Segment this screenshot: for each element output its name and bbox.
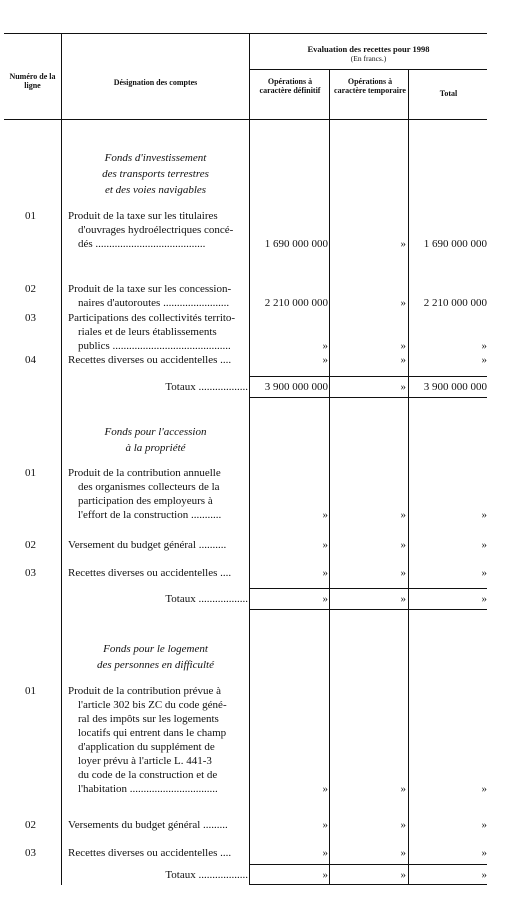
account-description: Produit de la taxe sur les concession-na… <box>68 282 248 310</box>
header-designation: Désignation des comptes <box>62 78 249 87</box>
value-total: » <box>482 846 488 860</box>
description-line: l'article 302 bis ZC du code géné- <box>68 698 248 712</box>
section-title: Fonds d'investissementdes transports ter… <box>62 150 249 198</box>
description-line: dés ....................................… <box>68 237 248 251</box>
totals-bottom-border <box>249 884 487 885</box>
totals-bottom-border <box>249 397 487 398</box>
description-line: du code de la construction et de <box>68 768 248 782</box>
header-evaluation-title: Evaluation des recettes pour 1998 <box>250 45 487 54</box>
description-line: ral des impôts sur les logements <box>68 712 248 726</box>
section-title-line: des personnes en difficulté <box>62 657 249 673</box>
description-line: Produit de la taxe sur les concession- <box>68 282 248 296</box>
account-description: Produit de la contribution prévue àl'art… <box>68 684 248 796</box>
value-total: » <box>482 566 488 580</box>
value-temporaire: » <box>401 846 407 860</box>
value-total: » <box>482 818 488 832</box>
description-line: Produit de la contribution annuelle <box>68 466 248 480</box>
description-line: d'application du supplément de <box>68 740 248 754</box>
totals-definitif: 3 900 000 000 <box>265 380 328 394</box>
description-line: loyer prévu à l'article L. 441-3 <box>68 754 248 768</box>
value-total: 1 690 000 000 <box>424 237 487 251</box>
header-col-definitif: Opérations à caractère définitif <box>252 77 328 95</box>
value-temporaire: » <box>401 508 407 522</box>
description-line: naires d'autoroutes ....................… <box>68 296 248 310</box>
account-description: Recettes diverses ou accidentelles .... <box>68 353 248 367</box>
account-description: Produit de la taxe sur les titulairesd'o… <box>68 209 248 251</box>
description-line: d'ouvrages hydroélectriques concé- <box>68 223 248 237</box>
account-description: Recettes diverses ou accidentelles .... <box>68 846 248 860</box>
col-divider-designation <box>249 33 250 885</box>
totals-temporaire: » <box>401 868 407 882</box>
header-split-border <box>249 69 487 70</box>
header-bottom-border <box>4 119 487 120</box>
header-evaluation-unit: (En francs.) <box>250 54 487 63</box>
description-line: participation des employeurs à <box>68 494 248 508</box>
col-divider-definitif <box>329 69 330 885</box>
description-line: locatifs qui entrent dans le champ <box>68 726 248 740</box>
section-title-line: et des voies navigables <box>62 182 249 198</box>
value-definitif: » <box>323 353 329 367</box>
value-temporaire: » <box>401 818 407 832</box>
value-definitif: » <box>323 782 329 796</box>
line-number: 04 <box>0 353 61 367</box>
header-col-total: Total <box>410 89 487 98</box>
value-definitif: » <box>323 566 329 580</box>
description-line: publics ................................… <box>68 339 248 353</box>
section-title-line: des transports terrestres <box>62 166 249 182</box>
value-total: » <box>482 339 488 353</box>
value-temporaire: » <box>401 782 407 796</box>
value-temporaire: » <box>401 237 407 251</box>
account-description: Participations des collectivités territo… <box>68 311 248 353</box>
account-description: Produit de la contribution annuelledes o… <box>68 466 248 522</box>
totals-total: » <box>482 868 488 882</box>
value-definitif: » <box>323 818 329 832</box>
description-line: riales et de leurs établissements <box>68 325 248 339</box>
description-line: Recettes diverses ou accidentelles .... <box>68 566 248 580</box>
description-line: Produit de la contribution prévue à <box>68 684 248 698</box>
account-description: Versements du budget général ......... <box>68 818 248 832</box>
line-number: 01 <box>0 466 61 480</box>
description-line: des organismes collecteurs de la <box>68 480 248 494</box>
description-line: Produit de la taxe sur les titulaires <box>68 209 248 223</box>
value-temporaire: » <box>401 566 407 580</box>
account-description: Versement du budget général .......... <box>68 538 248 552</box>
totals-temporaire: » <box>401 592 407 606</box>
totals-top-border <box>249 864 487 865</box>
value-temporaire: » <box>401 296 407 310</box>
value-temporaire: » <box>401 538 407 552</box>
value-definitif: » <box>323 538 329 552</box>
description-line: Recettes diverses ou accidentelles .... <box>68 353 248 367</box>
value-definitif: 2 210 000 000 <box>265 296 328 310</box>
value-total: » <box>482 782 488 796</box>
totals-top-border <box>249 376 487 377</box>
value-total: » <box>482 508 488 522</box>
value-total: » <box>482 353 488 367</box>
totals-definitif: » <box>323 868 329 882</box>
totals-top-border <box>249 588 487 589</box>
line-number: 02 <box>0 282 61 296</box>
line-number: 02 <box>0 538 61 552</box>
account-description: Recettes diverses ou accidentelles .... <box>68 566 248 580</box>
totals-label: Totaux .................. <box>68 380 248 394</box>
line-number: 02 <box>0 818 61 832</box>
header-col-temporaire: Opérations à caractère temporaire <box>332 77 408 95</box>
section-title-line: Fonds d'investissement <box>62 150 249 166</box>
totals-bottom-border <box>249 609 487 610</box>
totals-definitif: » <box>323 592 329 606</box>
value-definitif: 1 690 000 000 <box>265 237 328 251</box>
table-top-border <box>4 33 487 34</box>
line-number: 03 <box>0 311 61 325</box>
section-title-line: Fonds pour l'accession <box>62 424 249 440</box>
totals-total: » <box>482 592 488 606</box>
header-numero: Numéro de la ligne <box>4 72 61 90</box>
col-divider-temporaire <box>408 69 409 885</box>
totals-label: Totaux .................. <box>68 868 248 882</box>
value-total: » <box>482 538 488 552</box>
description-line: l'habitation ...........................… <box>68 782 248 796</box>
section-title: Fonds pour l'accessionà la propriété <box>62 424 249 456</box>
section-title-line: à la propriété <box>62 440 249 456</box>
section-title-line: Fonds pour le logement <box>62 641 249 657</box>
value-temporaire: » <box>401 353 407 367</box>
description-line: Versement du budget général .......... <box>68 538 248 552</box>
value-definitif: » <box>323 339 329 353</box>
line-number: 03 <box>0 566 61 580</box>
section-title: Fonds pour le logementdes personnes en d… <box>62 641 249 673</box>
description-line: l'effort de la construction ........... <box>68 508 248 522</box>
totals-total: 3 900 000 000 <box>424 380 487 394</box>
description-line: Recettes diverses ou accidentelles .... <box>68 846 248 860</box>
value-definitif: » <box>323 846 329 860</box>
description-line: Versements du budget général ......... <box>68 818 248 832</box>
value-temporaire: » <box>401 339 407 353</box>
value-total: 2 210 000 000 <box>424 296 487 310</box>
value-definitif: » <box>323 508 329 522</box>
totals-label: Totaux .................. <box>68 592 248 606</box>
totals-temporaire: » <box>401 380 407 394</box>
line-number: 01 <box>0 684 61 698</box>
line-number: 01 <box>0 209 61 223</box>
description-line: Participations des collectivités territo… <box>68 311 248 325</box>
line-number: 03 <box>0 846 61 860</box>
